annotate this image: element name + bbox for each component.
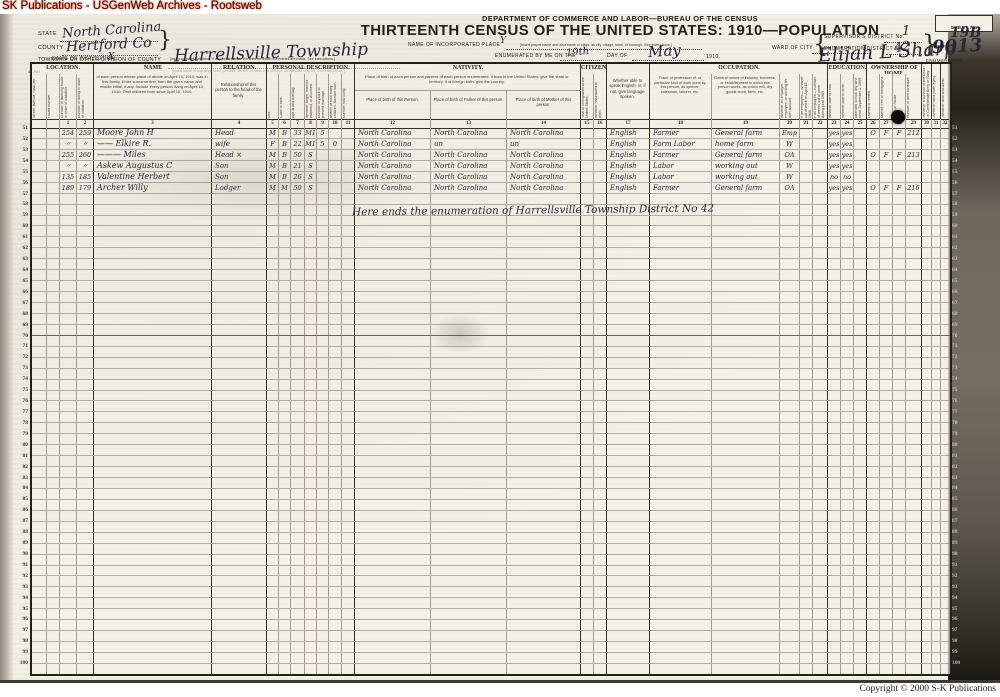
cell-trade bbox=[650, 412, 712, 422]
column-number-nat: 16 bbox=[594, 119, 607, 128]
cell-color bbox=[279, 642, 291, 652]
cell-color: B bbox=[279, 139, 291, 149]
cell-marital bbox=[305, 380, 317, 390]
cell-out bbox=[800, 664, 813, 674]
cell-bpm bbox=[507, 380, 581, 390]
cell-sch bbox=[854, 467, 867, 477]
cell-free bbox=[880, 325, 893, 335]
cell-trade bbox=[650, 336, 712, 346]
cell-born bbox=[329, 183, 342, 193]
cell-family bbox=[77, 631, 94, 641]
cell-deaf bbox=[941, 292, 950, 302]
state-brace: } bbox=[158, 28, 172, 53]
cell-war bbox=[922, 642, 932, 652]
cell-blind bbox=[932, 314, 941, 324]
cell-color bbox=[279, 544, 291, 554]
cell-bpf bbox=[431, 555, 507, 565]
cell-marital bbox=[305, 358, 317, 368]
cell-out bbox=[800, 500, 813, 510]
cell-emp bbox=[780, 478, 800, 488]
table-row bbox=[32, 477, 950, 488]
line-number: 56 bbox=[12, 181, 28, 192]
cell-eng bbox=[607, 587, 650, 597]
cell-born bbox=[329, 369, 342, 379]
cell-trade: Farm Labor bbox=[650, 139, 712, 149]
cell-sch bbox=[854, 150, 867, 160]
table-row bbox=[32, 510, 950, 521]
cell-name bbox=[94, 434, 212, 444]
cell-farm bbox=[893, 292, 906, 302]
cell-free bbox=[880, 336, 893, 346]
cell-yrs bbox=[317, 653, 329, 663]
cell-farm bbox=[893, 478, 906, 488]
cell-read bbox=[828, 511, 841, 521]
cell-eng bbox=[607, 391, 650, 401]
cell-street bbox=[32, 172, 47, 182]
cell-eng bbox=[607, 237, 650, 247]
cell-street bbox=[32, 642, 47, 652]
cell-street bbox=[32, 336, 47, 346]
cell-born bbox=[329, 281, 342, 291]
cell-family bbox=[77, 522, 94, 532]
cell-write bbox=[841, 205, 854, 215]
cell-sch bbox=[854, 314, 867, 324]
cell-bpf bbox=[431, 467, 507, 477]
cell-read: yes bbox=[828, 128, 841, 138]
cell-sex bbox=[267, 500, 279, 510]
cell-out bbox=[800, 445, 813, 455]
line-number: 69 bbox=[952, 323, 968, 334]
cell-dwelling bbox=[60, 292, 77, 302]
cell-house bbox=[47, 205, 60, 215]
cell-sched bbox=[906, 380, 922, 390]
cell-living bbox=[342, 139, 355, 149]
column-label-house: House number. bbox=[48, 75, 59, 118]
cell-color bbox=[279, 292, 291, 302]
cell-wks bbox=[813, 226, 828, 236]
cell-free bbox=[880, 281, 893, 291]
cell-age bbox=[291, 576, 305, 586]
cell-trade: Labor bbox=[650, 161, 712, 171]
cell-blind bbox=[932, 423, 941, 433]
cell-blind bbox=[932, 172, 941, 182]
cell-color: B bbox=[279, 172, 291, 182]
cell-emp bbox=[780, 544, 800, 554]
cell-age bbox=[291, 598, 305, 608]
cell-sched bbox=[906, 533, 922, 543]
cell-sex bbox=[267, 194, 279, 204]
cell-relation: Son bbox=[212, 172, 267, 182]
cell-wks bbox=[813, 183, 828, 193]
cell-age bbox=[291, 544, 305, 554]
cell-out bbox=[800, 259, 813, 269]
cell-dwelling bbox=[60, 336, 77, 346]
cell-out bbox=[800, 467, 813, 477]
cell-relation bbox=[212, 314, 267, 324]
cell-sex bbox=[267, 281, 279, 291]
cell-bpm bbox=[507, 401, 581, 411]
cell-street bbox=[32, 511, 47, 521]
cell-relation bbox=[212, 292, 267, 302]
cell-street bbox=[32, 292, 47, 302]
cell-trade bbox=[650, 500, 712, 510]
cell-marital bbox=[305, 347, 317, 357]
cell-out bbox=[800, 303, 813, 313]
cell-name bbox=[94, 620, 212, 630]
cell-out bbox=[800, 587, 813, 597]
cell-ind bbox=[712, 292, 780, 302]
cell-emp bbox=[780, 511, 800, 521]
cell-living bbox=[342, 434, 355, 444]
cell-farm bbox=[893, 598, 906, 608]
cell-ind: working out bbox=[712, 172, 780, 182]
cell-war bbox=[922, 314, 932, 324]
cell-nat bbox=[594, 226, 607, 236]
cell-blind bbox=[932, 292, 941, 302]
cell-blind bbox=[932, 336, 941, 346]
cell-bp bbox=[355, 358, 431, 368]
cell-blind bbox=[932, 587, 941, 597]
cell-family bbox=[77, 555, 94, 565]
cell-house bbox=[47, 423, 60, 433]
cell-sex bbox=[267, 248, 279, 258]
cell-farm bbox=[893, 391, 906, 401]
cell-sched bbox=[906, 412, 922, 422]
cell-free bbox=[880, 642, 893, 652]
cell-out bbox=[800, 522, 813, 532]
cell-write bbox=[841, 358, 854, 368]
cell-house bbox=[47, 664, 60, 674]
cell-imm bbox=[581, 259, 594, 269]
cell-farm bbox=[893, 369, 906, 379]
cell-emp bbox=[780, 642, 800, 652]
table-row bbox=[32, 411, 950, 422]
cell-yrs bbox=[317, 434, 329, 444]
cell-yrs bbox=[317, 587, 329, 597]
cell-deaf bbox=[941, 576, 950, 586]
cell-farm bbox=[893, 226, 906, 236]
cell-color bbox=[279, 587, 291, 597]
cell-read bbox=[828, 259, 841, 269]
cell-marital bbox=[305, 555, 317, 565]
cell-relation bbox=[212, 609, 267, 619]
cell-family bbox=[77, 325, 94, 335]
cell-blind bbox=[932, 456, 941, 466]
cell-street bbox=[32, 598, 47, 608]
cell-eng bbox=[607, 511, 650, 521]
cell-blind bbox=[932, 445, 941, 455]
cell-name bbox=[94, 587, 212, 597]
column-number-street bbox=[32, 119, 47, 128]
cell-war bbox=[922, 303, 932, 313]
cell-age bbox=[291, 314, 305, 324]
cell-own bbox=[867, 631, 880, 641]
cell-imm bbox=[581, 128, 594, 138]
cell-color bbox=[279, 358, 291, 368]
cell-nat bbox=[594, 248, 607, 258]
cell-ind bbox=[712, 226, 780, 236]
cell-street bbox=[32, 631, 47, 641]
cell-write bbox=[841, 259, 854, 269]
cell-color bbox=[279, 620, 291, 630]
line-number: 93 bbox=[12, 585, 28, 596]
cell-free bbox=[880, 653, 893, 663]
cell-write bbox=[841, 216, 854, 226]
column-number-bpf: 13 bbox=[431, 119, 507, 128]
cell-imm bbox=[581, 467, 594, 477]
column-number-marital: 8 bbox=[305, 119, 317, 128]
cell-free bbox=[880, 391, 893, 401]
cell-marital bbox=[305, 642, 317, 652]
table-row bbox=[32, 532, 950, 543]
cell-dwelling bbox=[60, 314, 77, 324]
cell-name bbox=[94, 380, 212, 390]
cell-read bbox=[828, 369, 841, 379]
cell-house bbox=[47, 434, 60, 444]
cell-name bbox=[94, 423, 212, 433]
cell-farm bbox=[893, 522, 906, 532]
cell-relation bbox=[212, 467, 267, 477]
cell-bpm bbox=[507, 194, 581, 204]
cell-color bbox=[279, 609, 291, 619]
cell-sch bbox=[854, 248, 867, 258]
cell-imm bbox=[581, 358, 594, 368]
cell-deaf bbox=[941, 128, 950, 138]
cell-relation bbox=[212, 533, 267, 543]
cell-living bbox=[342, 314, 355, 324]
cell-farm bbox=[893, 401, 906, 411]
table-row bbox=[32, 291, 950, 302]
cell-wks bbox=[813, 522, 828, 532]
cell-wks bbox=[813, 620, 828, 630]
column-number-family: 2 bbox=[77, 119, 94, 128]
cell-bp bbox=[355, 598, 431, 608]
cell-yrs bbox=[317, 609, 329, 619]
column-number-living: 11 bbox=[342, 119, 355, 128]
cell-trade bbox=[650, 609, 712, 619]
cell-war bbox=[922, 478, 932, 488]
cell-read bbox=[828, 336, 841, 346]
cell-family bbox=[77, 401, 94, 411]
cell-ind: working out bbox=[712, 161, 780, 171]
cell-family: 179 bbox=[77, 183, 94, 193]
cell-war bbox=[922, 631, 932, 641]
cell-sex bbox=[267, 303, 279, 313]
cell-farm bbox=[893, 587, 906, 597]
cell-nat bbox=[594, 270, 607, 280]
cell-color bbox=[279, 325, 291, 335]
cell-name bbox=[94, 664, 212, 674]
cell-age: 26 bbox=[291, 172, 305, 182]
cell-nat bbox=[594, 544, 607, 554]
cell-trade: Farmer bbox=[650, 150, 712, 160]
cell-eng bbox=[607, 226, 650, 236]
cell-nat bbox=[594, 434, 607, 444]
cell-street bbox=[32, 358, 47, 368]
cell-sch bbox=[854, 609, 867, 619]
cell-wks bbox=[813, 314, 828, 324]
cell-marital bbox=[305, 216, 317, 226]
cell-color bbox=[279, 237, 291, 247]
cell-write bbox=[841, 325, 854, 335]
cell-marital bbox=[305, 205, 317, 215]
header-grid-line bbox=[931, 64, 932, 119]
cell-nat bbox=[594, 401, 607, 411]
cell-war bbox=[922, 259, 932, 269]
column-label-write: Whether able to write. bbox=[842, 75, 853, 118]
cell-own bbox=[867, 598, 880, 608]
cell-wks bbox=[813, 205, 828, 215]
cell-imm bbox=[581, 423, 594, 433]
cell-born bbox=[329, 172, 342, 182]
cell-born bbox=[329, 445, 342, 455]
cell-relation bbox=[212, 642, 267, 652]
cell-color bbox=[279, 522, 291, 532]
cell-bpf bbox=[431, 609, 507, 619]
cell-marital bbox=[305, 445, 317, 455]
cell-write bbox=[841, 500, 854, 510]
cell-sch bbox=[854, 456, 867, 466]
cell-free bbox=[880, 194, 893, 204]
cell-eng bbox=[607, 216, 650, 226]
cell-family bbox=[77, 587, 94, 597]
cell-family: 185 bbox=[77, 172, 94, 182]
cell-emp bbox=[780, 303, 800, 313]
cell-sch bbox=[854, 161, 867, 171]
cell-war bbox=[922, 226, 932, 236]
cell-deaf bbox=[941, 598, 950, 608]
cell-blind bbox=[932, 500, 941, 510]
cell-street bbox=[32, 555, 47, 565]
cell-color bbox=[279, 566, 291, 576]
cell-house bbox=[47, 401, 60, 411]
cell-relation bbox=[212, 380, 267, 390]
cell-sch bbox=[854, 423, 867, 433]
cell-age bbox=[291, 391, 305, 401]
cell-emp bbox=[780, 248, 800, 258]
cell-color bbox=[279, 576, 291, 586]
cell-eng bbox=[607, 664, 650, 674]
cell-imm bbox=[581, 237, 594, 247]
cell-ind bbox=[712, 576, 780, 586]
cell-house bbox=[47, 598, 60, 608]
table-row: 〃〃Askew Augustus CSonMB21SNorth Carolina… bbox=[32, 160, 950, 171]
cell-name bbox=[94, 292, 212, 302]
cell-war bbox=[922, 292, 932, 302]
column-number-blind: 31 bbox=[932, 119, 941, 128]
table-row bbox=[32, 302, 950, 313]
cell-relation bbox=[212, 489, 267, 499]
cell-family bbox=[77, 259, 94, 269]
column-label-family: Number of family in order of visitation. bbox=[78, 75, 93, 118]
cell-name bbox=[94, 609, 212, 619]
cell-sch bbox=[854, 139, 867, 149]
cell-trade: Farmer bbox=[650, 183, 712, 193]
cell-marital bbox=[305, 587, 317, 597]
cell-blind bbox=[932, 544, 941, 554]
cell-sex bbox=[267, 423, 279, 433]
cell-yrs bbox=[317, 172, 329, 182]
table-row bbox=[32, 433, 950, 444]
cell-imm bbox=[581, 434, 594, 444]
cell-out bbox=[800, 150, 813, 160]
cell-trade bbox=[650, 576, 712, 586]
cell-street bbox=[32, 434, 47, 444]
cell-write bbox=[841, 314, 854, 324]
cell-blind bbox=[932, 259, 941, 269]
cell-eng bbox=[607, 566, 650, 576]
table-row bbox=[32, 444, 950, 455]
line-number: 82 bbox=[952, 465, 968, 476]
cell-ind bbox=[712, 522, 780, 532]
cell-house bbox=[47, 467, 60, 477]
cell-yrs bbox=[317, 664, 329, 674]
cell-deaf bbox=[941, 445, 950, 455]
cell-relation bbox=[212, 566, 267, 576]
cell-wks bbox=[813, 555, 828, 565]
cell-relation bbox=[212, 500, 267, 510]
cell-bp bbox=[355, 566, 431, 576]
cell-own bbox=[867, 566, 880, 576]
cell-out bbox=[800, 292, 813, 302]
cell-war bbox=[922, 183, 932, 193]
cell-ind bbox=[712, 248, 780, 258]
cell-deaf bbox=[941, 566, 950, 576]
cell-out bbox=[800, 653, 813, 663]
cell-emp bbox=[780, 456, 800, 466]
cell-farm bbox=[893, 566, 906, 576]
cell-living bbox=[342, 500, 355, 510]
cell-dwelling bbox=[60, 533, 77, 543]
cell-ind bbox=[712, 412, 780, 422]
cell-bp bbox=[355, 325, 431, 335]
cell-sched bbox=[906, 576, 922, 586]
cell-free bbox=[880, 237, 893, 247]
cell-age bbox=[291, 500, 305, 510]
cell-name bbox=[94, 281, 212, 291]
cell-street bbox=[32, 500, 47, 510]
cell-farm bbox=[893, 347, 906, 357]
cell-born bbox=[329, 631, 342, 641]
cell-blind bbox=[932, 128, 941, 138]
cell-emp bbox=[780, 412, 800, 422]
cell-free bbox=[880, 303, 893, 313]
cell-free bbox=[880, 533, 893, 543]
cell-color bbox=[279, 664, 291, 674]
cell-blind bbox=[932, 631, 941, 641]
cell-house bbox=[47, 566, 60, 576]
cell-age bbox=[291, 445, 305, 455]
header-grid-line bbox=[316, 74, 317, 119]
cell-living bbox=[342, 533, 355, 543]
cell-sex bbox=[267, 270, 279, 280]
cell-sex bbox=[267, 401, 279, 411]
cell-dwelling bbox=[60, 456, 77, 466]
cell-sch bbox=[854, 347, 867, 357]
cell-farm bbox=[893, 259, 906, 269]
cell-dwelling bbox=[60, 303, 77, 313]
cell-sex bbox=[267, 412, 279, 422]
cell-deaf bbox=[941, 237, 950, 247]
cell-out bbox=[800, 533, 813, 543]
cell-sch bbox=[854, 576, 867, 586]
cell-emp bbox=[780, 336, 800, 346]
cell-ind bbox=[712, 347, 780, 357]
cell-street bbox=[32, 609, 47, 619]
year-label: 1910. bbox=[706, 54, 721, 60]
day-of-label: DAY OF bbox=[607, 53, 628, 59]
cell-color bbox=[279, 336, 291, 346]
